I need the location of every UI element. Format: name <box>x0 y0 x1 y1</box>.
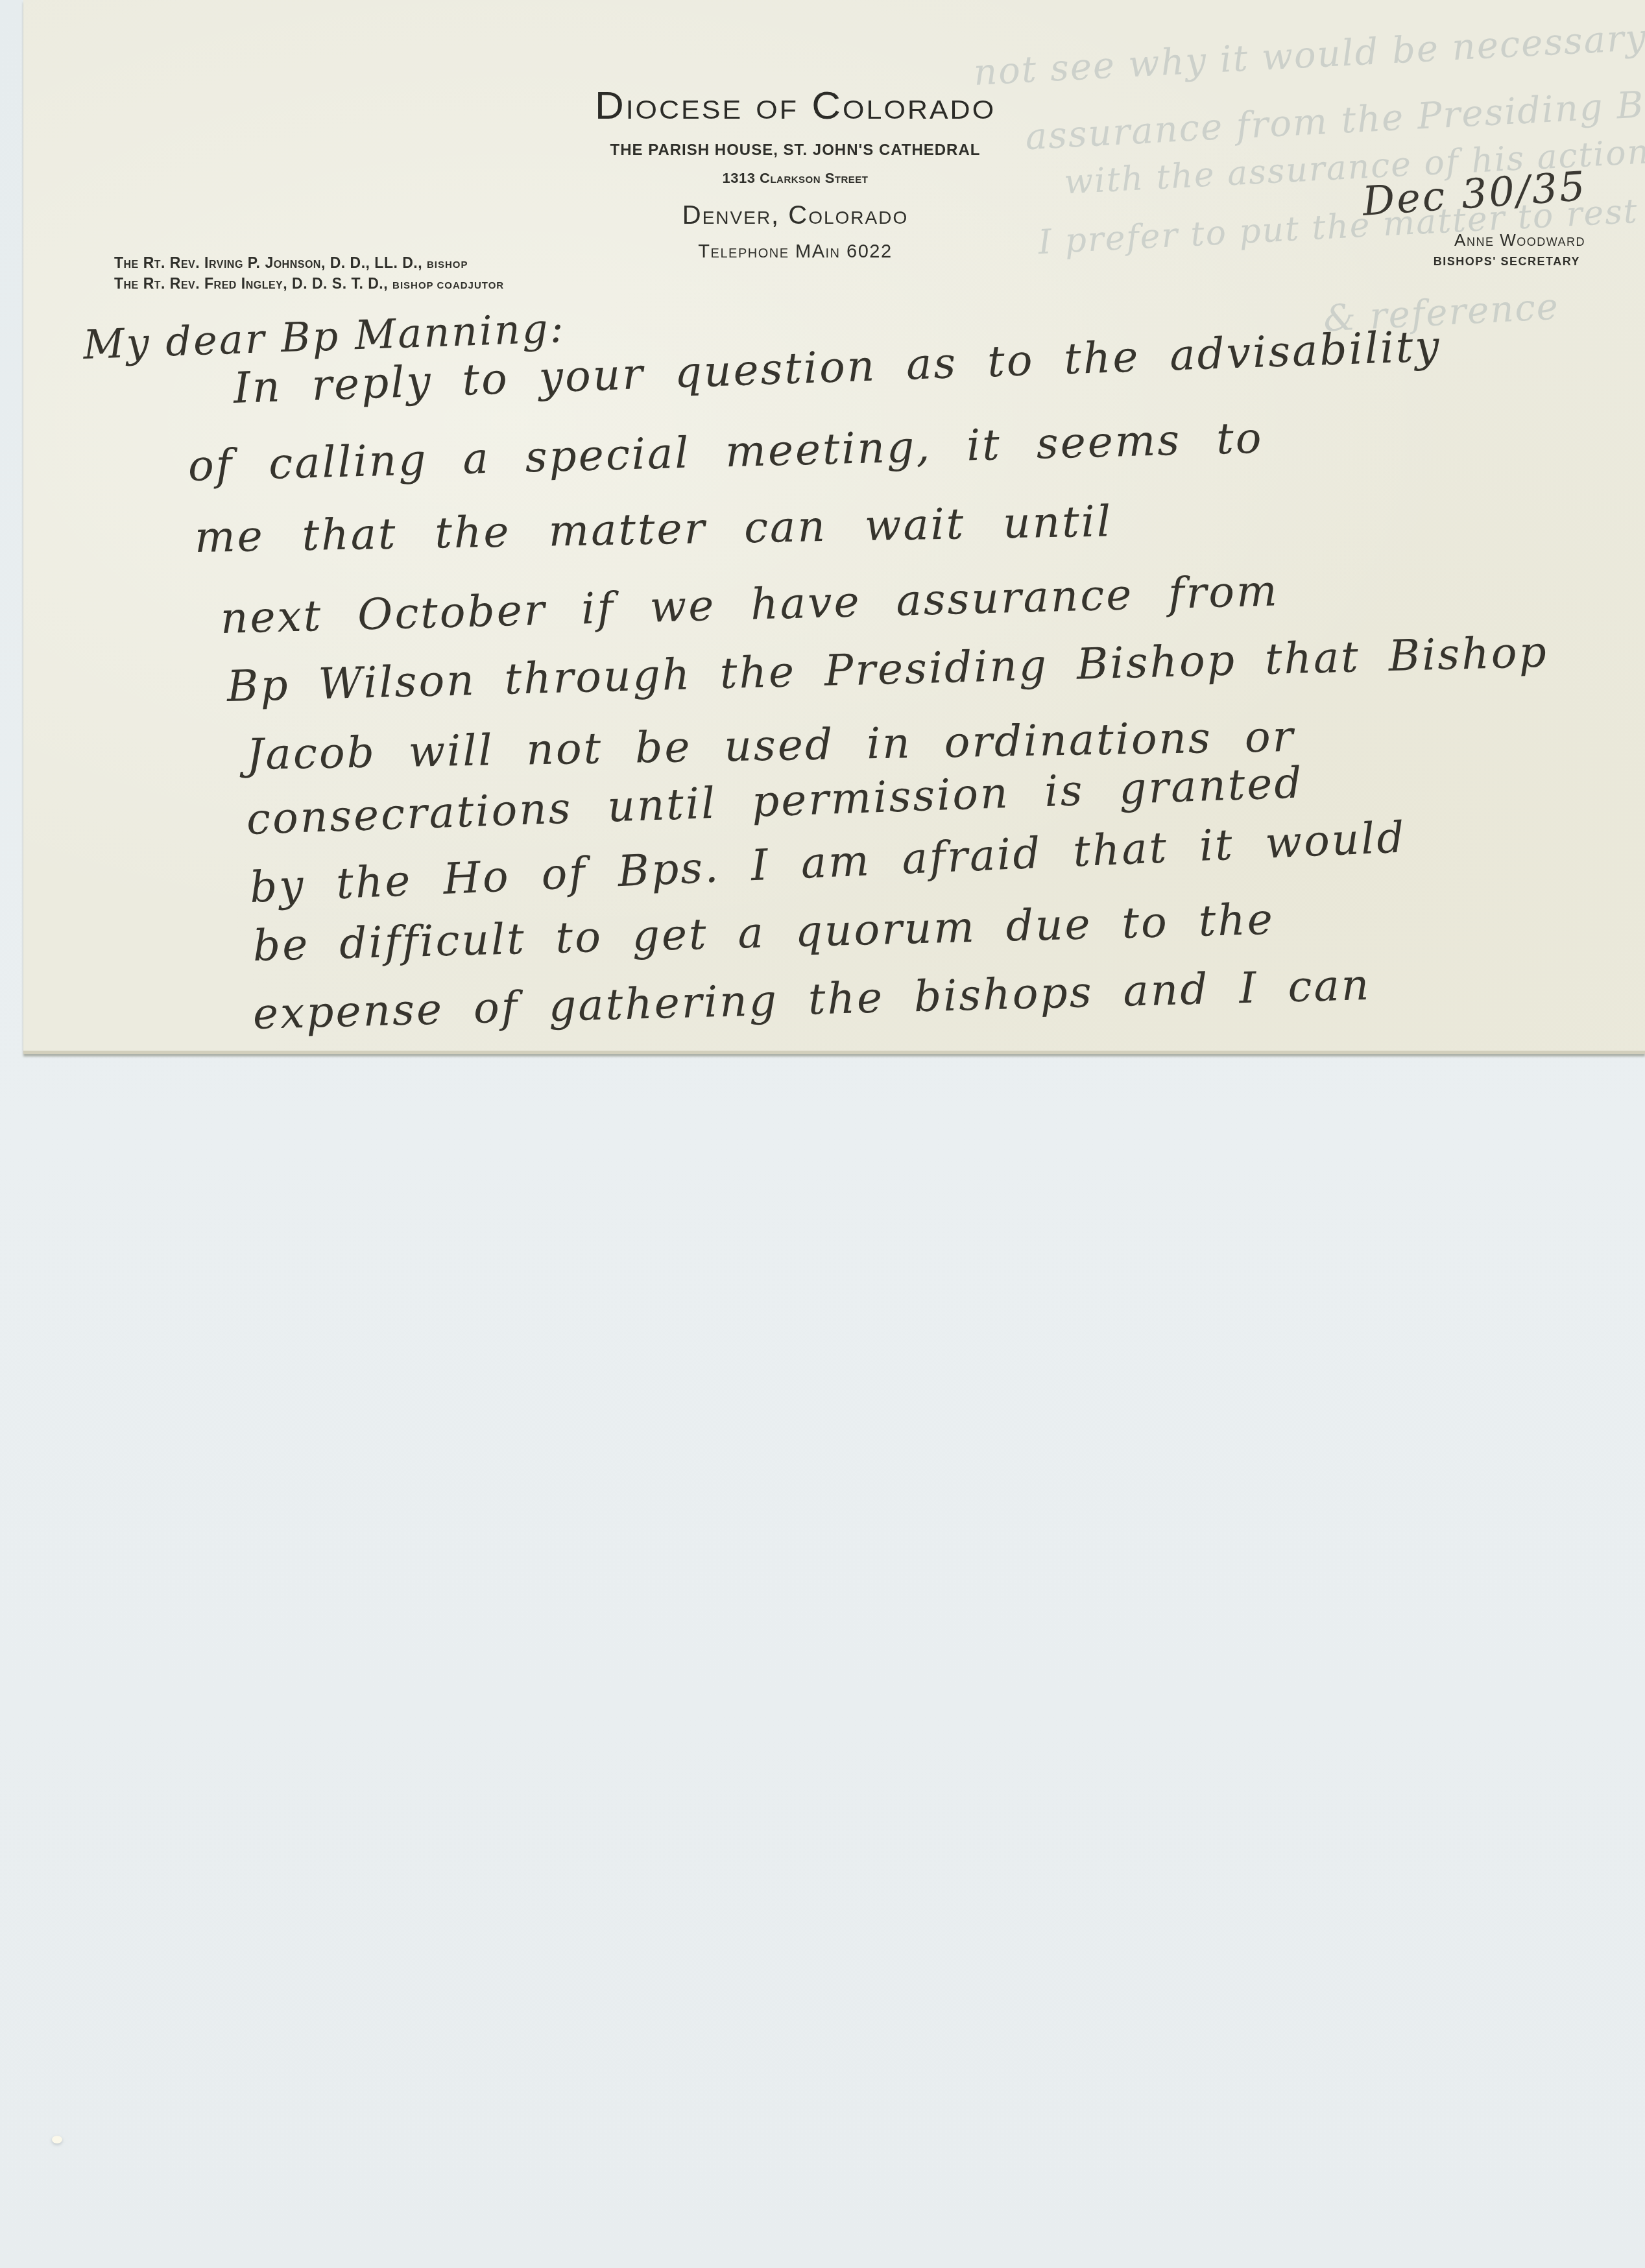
clergy-bishop: The Rt. Rev. Irving P. Johnson, D. D., L… <box>114 254 468 272</box>
clergy-bishop-coadjutor: The Rt. Rev. Fred Ingley, D. D. S. T. D.… <box>114 275 504 292</box>
dust-speck <box>52 2136 62 2143</box>
clergy-name: The Rt. Rev. Fred Ingley, D. D. S. T. D.… <box>114 275 388 292</box>
clergy-role: BISHOP <box>427 259 468 270</box>
clergy-name: The Rt. Rev. Irving P. Johnson, D. D., L… <box>114 254 422 271</box>
secretary-title: BISHOPS' SECRETARY <box>1434 255 1580 269</box>
letterhead-title: Diocese of Colorado <box>0 84 1618 128</box>
secretary-name: Anne Woodward <box>1454 230 1585 250</box>
letterhead-parish: THE PARISH HOUSE, ST. JOHN'S CATHEDRAL <box>0 141 1618 160</box>
clergy-role: BISHOP COADJUTOR <box>392 280 504 291</box>
